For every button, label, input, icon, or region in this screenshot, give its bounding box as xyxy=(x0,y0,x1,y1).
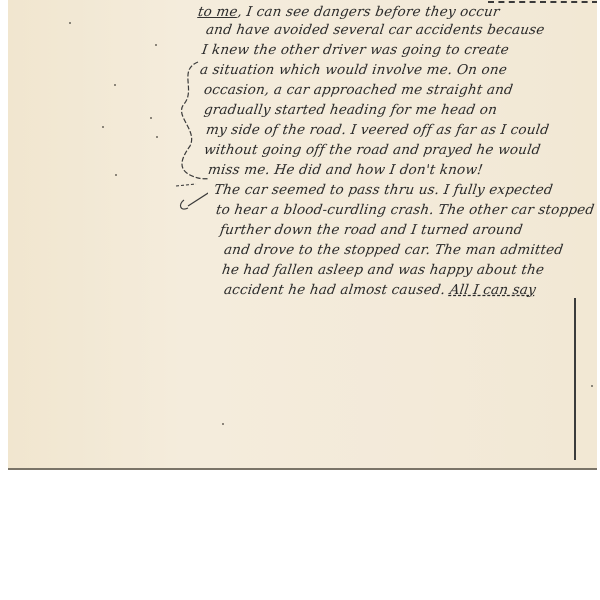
text-line: further down the road and I turned aroun… xyxy=(219,222,524,238)
top-dashed-rule xyxy=(488,1,597,3)
text-line: to me, I can see dangers before they occ… xyxy=(197,4,501,20)
paper-speck xyxy=(222,423,224,425)
closing-phrase: All I can say xyxy=(449,282,537,298)
text-line: The car seemed to pass thru us. I fully … xyxy=(213,182,554,198)
paper-speck xyxy=(591,385,593,387)
text-line: and have avoided several car accidents b… xyxy=(205,22,546,38)
text-line: to hear a blood-curdling crash. The othe… xyxy=(215,202,596,218)
text-line: he had fallen asleep and was happy about… xyxy=(221,262,545,278)
right-margin-rule xyxy=(574,298,576,460)
text-line: gradually started heading for me head on xyxy=(203,102,498,118)
text-line: occasion, a car approached me straight a… xyxy=(203,82,514,98)
text-line: my side of the road. I veered off as far… xyxy=(205,122,550,138)
document-page: to me, I can see dangers before they occ… xyxy=(8,0,597,470)
text-line: a situation which would involve me. On o… xyxy=(199,62,508,78)
text-line: without going off the road and prayed he… xyxy=(203,142,542,158)
underlined-phrase: to me xyxy=(197,4,239,20)
text-line: I knew the other driver was going to cre… xyxy=(201,42,510,58)
text-line: accident he had almost caused. All I can… xyxy=(223,282,537,298)
margin-bracket-icon xyxy=(8,0,208,220)
text-line: miss me. He did and how I don't know! xyxy=(207,162,484,178)
text-line: and drove to the stopped car. The man ad… xyxy=(223,242,564,258)
